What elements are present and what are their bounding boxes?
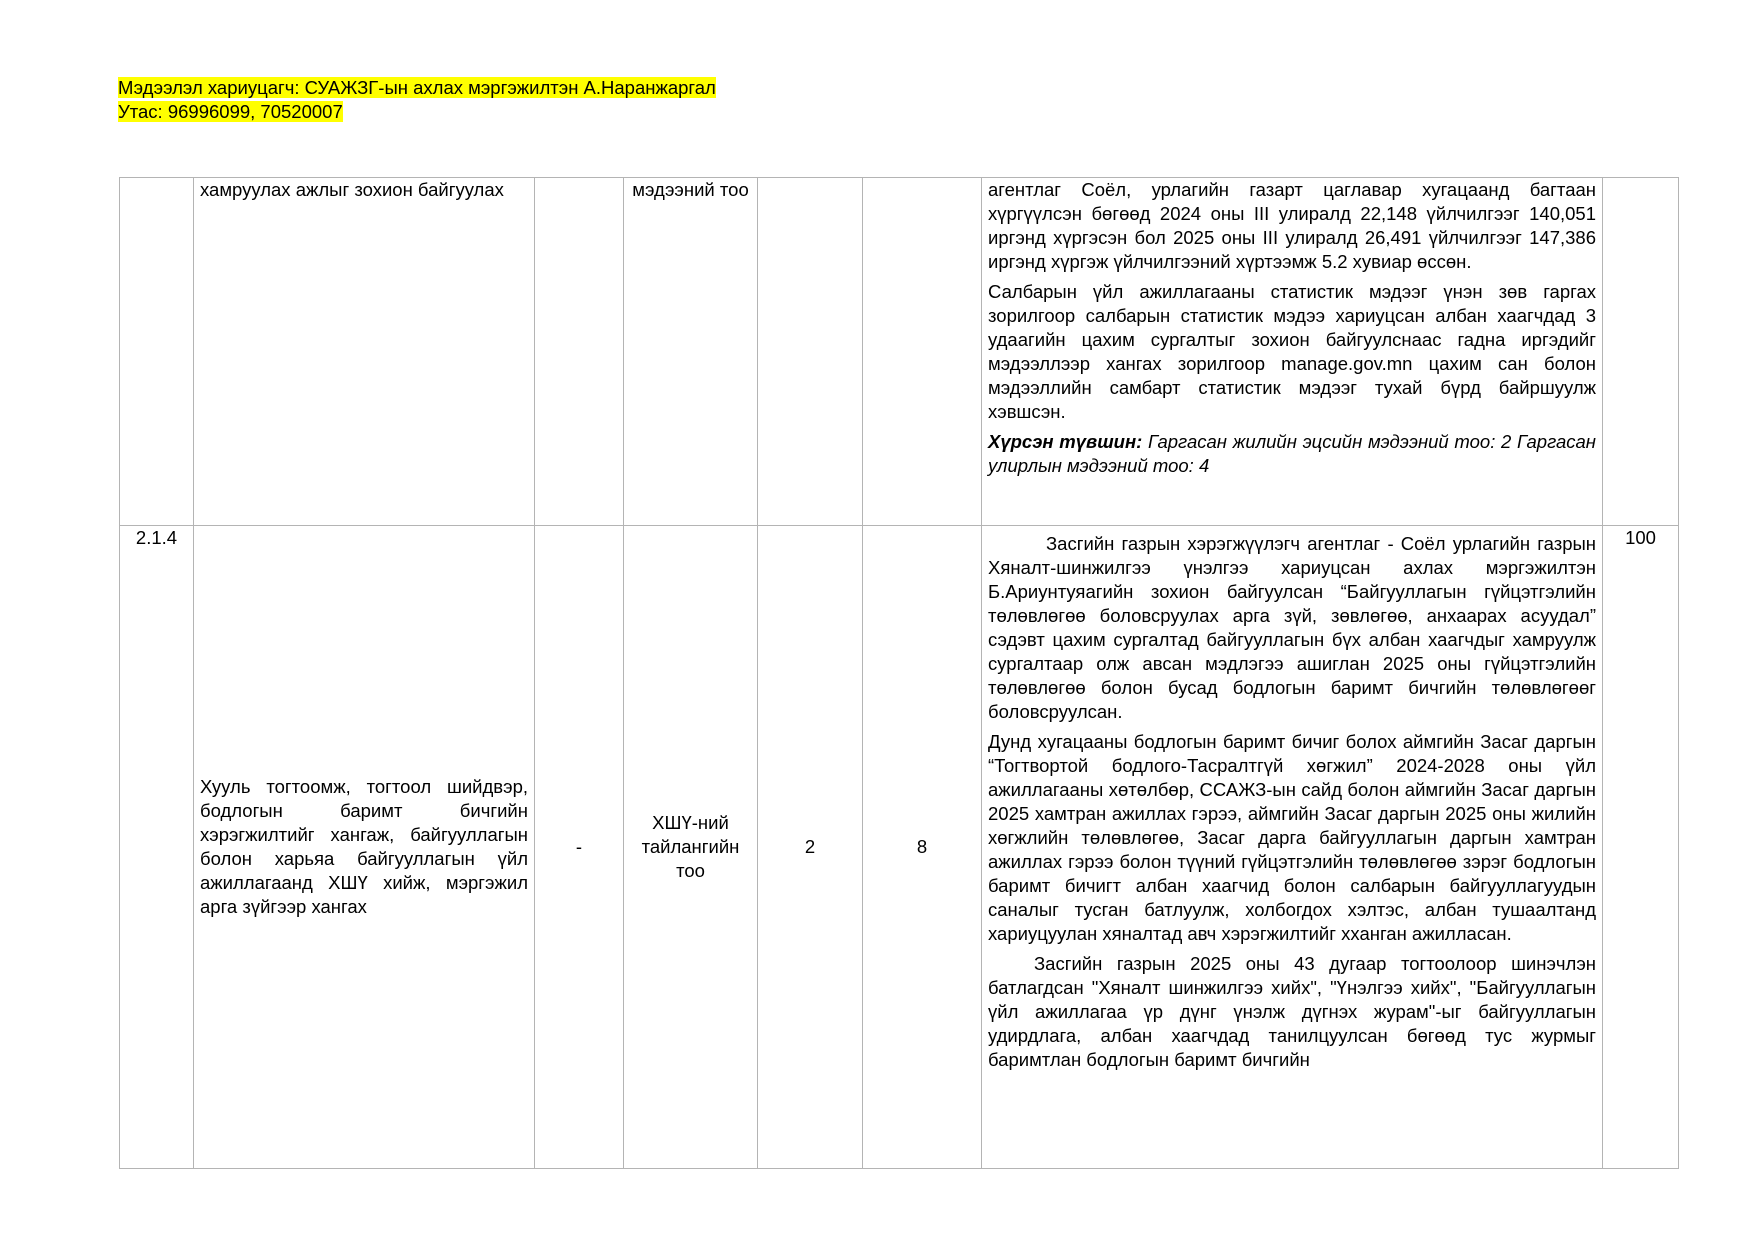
cell-task: Хууль тогтоомж, тогтоол шийдвэр, бодлогы… <box>194 526 535 1169</box>
details-paragraph: Засгийн газрын хэрэгжүүлэгч агентлаг - С… <box>988 532 1596 724</box>
document-header: Мэдээлэл хариуцагч: СУАЖЗГ-ын ахлах мэрг… <box>118 76 716 124</box>
cell-percent: 100 <box>1603 526 1679 1169</box>
responsible-person-text: Мэдээлэл хариуцагч: СУАЖЗГ-ын ахлах мэрг… <box>118 77 716 98</box>
cell-details: агентлаг Соёл, урлагийн газарт цаглавар … <box>982 178 1603 526</box>
cell-number <box>120 178 194 526</box>
details-paragraph: Салбарын үйл ажиллагааны статистик мэдээ… <box>988 280 1596 424</box>
cell-target-1 <box>758 178 863 526</box>
cell-task: хамруулах ажлыг зохион байгуулах <box>194 178 535 526</box>
report-table: хамруулах ажлыг зохион байгуулах мэдээни… <box>119 177 1679 1169</box>
cell-details: Засгийн газрын хэрэгжүүлэгч агентлаг - С… <box>982 526 1603 1169</box>
phone-text: Утас: 96996099, 70520007 <box>118 101 343 122</box>
cell-baseline: - <box>535 526 624 1169</box>
table-row: хамруулах ажлыг зохион байгуулах мэдээни… <box>120 178 1679 526</box>
achieved-level: Хүрсэн түвшин: Гаргасан жилийн эцсийн мэ… <box>988 430 1596 478</box>
details-paragraph: Дунд хугацааны бодлогын баримт бичиг бол… <box>988 730 1596 946</box>
cell-target-2 <box>863 178 982 526</box>
achieved-level-label: Хүрсэн түвшин: <box>988 431 1142 452</box>
cell-baseline <box>535 178 624 526</box>
cell-number: 2.1.4 <box>120 526 194 1169</box>
cell-percent <box>1603 178 1679 526</box>
details-paragraph: Засгийн газрын 2025 оны 43 дугаар тогтоо… <box>988 952 1596 1072</box>
details-paragraph: агентлаг Соёл, урлагийн газарт цаглавар … <box>988 178 1596 274</box>
table-row: 2.1.4 Хууль тогтоомж, тогтоол шийдвэр, б… <box>120 526 1679 1169</box>
cell-unit: мэдээний тоо <box>624 178 758 526</box>
cell-target-2: 8 <box>863 526 982 1169</box>
cell-unit: ХШҮ-ний тайлангийн тоо <box>624 526 758 1169</box>
cell-target-1: 2 <box>758 526 863 1169</box>
